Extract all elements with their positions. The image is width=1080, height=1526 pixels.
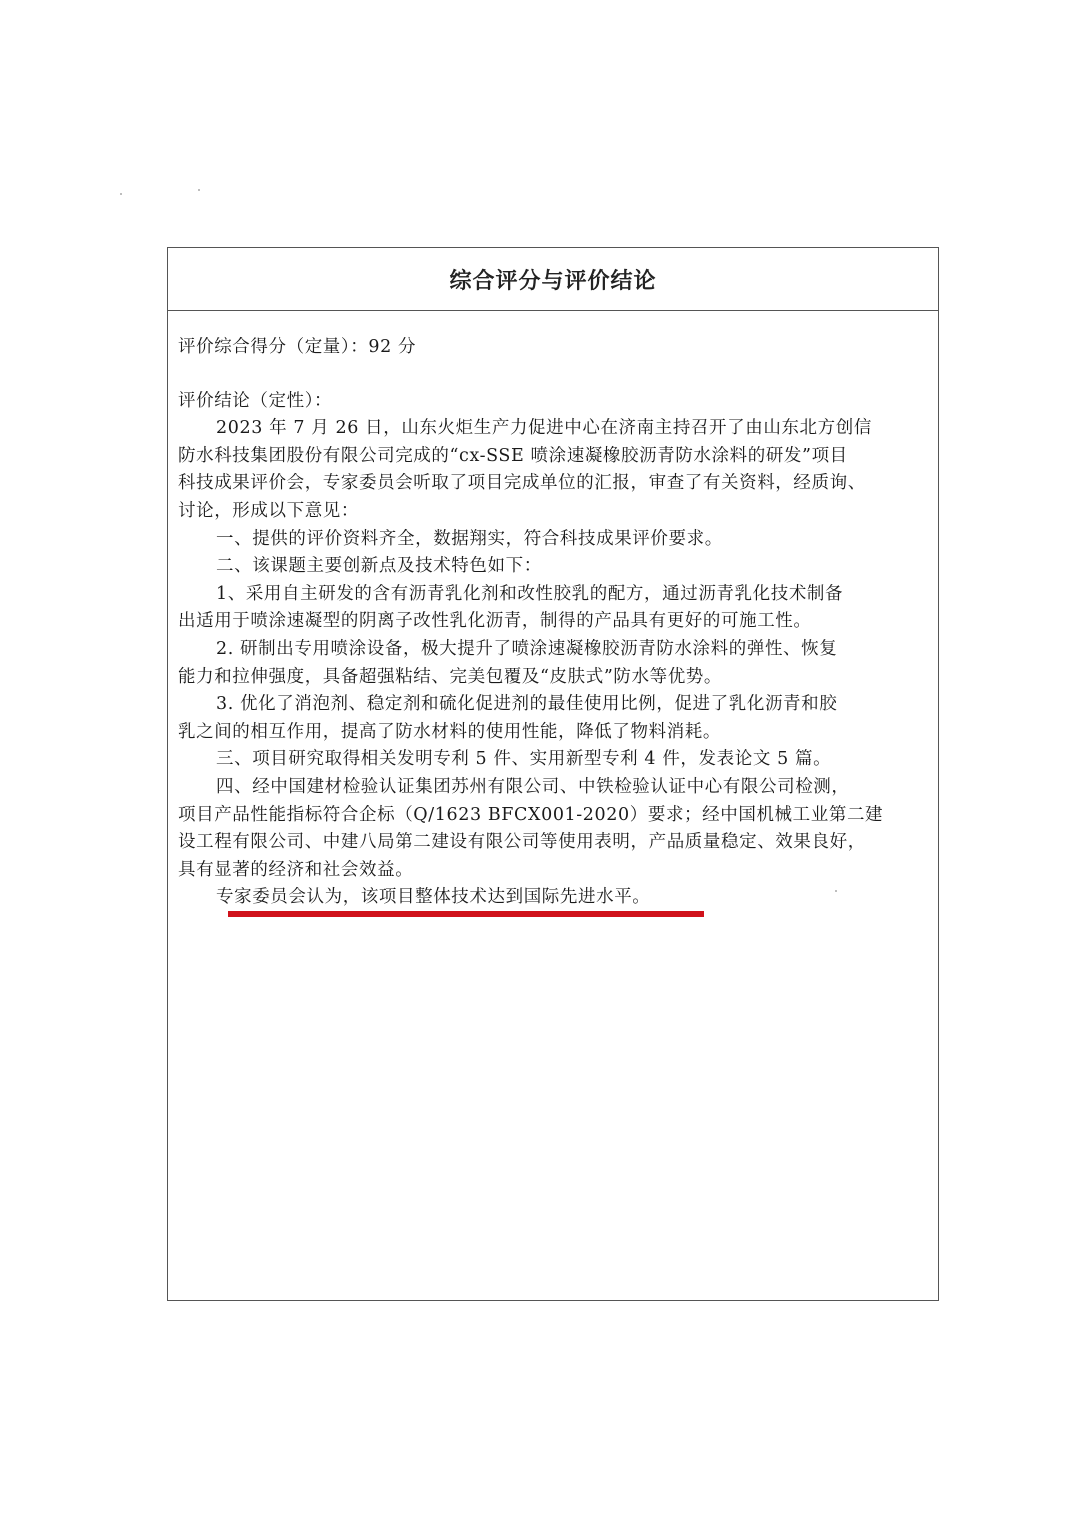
document-title: 综合评分与评价结论 bbox=[449, 264, 656, 295]
paragraph-line: 2023 年 7 月 26 日，山东火炬生产力促进中心在济南主持召开了由山东北方… bbox=[178, 415, 930, 443]
conclusion-label: 评价结论（定性）： bbox=[178, 388, 930, 416]
score-line: 评价综合得分（定量）：92 分 bbox=[178, 334, 930, 362]
title-row: 综合评分与评价结论 bbox=[168, 248, 938, 311]
opinion-3: 三、项目研究取得相关发明专利 5 件、实用新型专利 4 件，发表论文 5 篇。 bbox=[178, 746, 930, 774]
scan-speck bbox=[120, 193, 122, 195]
paragraph-line: 防水科技集团股份有限公司完成的“cx-SSE 喷涂速凝橡胶沥青防水涂料的研发”项… bbox=[178, 443, 930, 471]
scan-speck bbox=[835, 890, 837, 892]
opinion-4-cont: 设工程有限公司、中建八局第二建设有限公司等使用表明，产品质量稳定、效果良好， bbox=[178, 829, 930, 857]
evaluation-table: 综合评分与评价结论 评价综合得分（定量）：92 分 评价结论（定性）： 2023… bbox=[167, 247, 939, 1301]
paragraph-line: 讨论，形成以下意见： bbox=[178, 498, 930, 526]
opinion-4: 四、经中国建材检验认证集团苏州有限公司、中铁检验认证中心有限公司检测， bbox=[178, 774, 930, 802]
opinion-2: 二、该课题主要创新点及技术特色如下： bbox=[178, 553, 930, 581]
opinion-1: 一、提供的评价资料齐全，数据翔实，符合科技成果评价要求。 bbox=[178, 526, 930, 554]
opinion-4-cont: 具有显著的经济和社会效益。 bbox=[178, 857, 930, 885]
innovation-2: 2. 研制出专用喷涂设备，极大提升了喷涂速凝橡胶沥青防水涂料的弹性、恢复 bbox=[178, 636, 930, 664]
innovation-3-cont: 乳之间的相互作用，提高了防水材料的使用性能，降低了物料消耗。 bbox=[178, 719, 930, 747]
innovation-1-cont: 出适用于喷涂速凝型的阴离子改性乳化沥青，制得的产品具有更好的可施工性。 bbox=[178, 608, 930, 636]
opinion-4-cont: 项目产品性能指标符合企标（Q/1623 BFCX001-2020）要求；经中国机… bbox=[178, 802, 930, 830]
paragraph-line: 科技成果评价会，专家委员会听取了项目完成单位的汇报，审查了有关资料，经质询、 bbox=[178, 470, 930, 498]
innovation-2-cont: 能力和拉伸强度，具备超强粘结、完美包覆及“皮肤式”防水等优势。 bbox=[178, 664, 930, 692]
innovation-3: 3. 优化了消泡剂、稳定剂和硫化促进剂的最佳使用比例，促进了乳化沥青和胶 bbox=[178, 691, 930, 719]
evaluation-body: 评价综合得分（定量）：92 分 评价结论（定性）： 2023 年 7 月 26 … bbox=[178, 334, 930, 912]
scan-speck bbox=[198, 189, 200, 191]
red-highlight-underline bbox=[228, 911, 704, 917]
innovation-1: 1、采用自主研发的含有沥青乳化剂和改性胶乳的配方，通过沥青乳化技术制备 bbox=[178, 581, 930, 609]
final-conclusion: 专家委员会认为，该项目整体技术达到国际先进水平。 bbox=[178, 884, 930, 912]
